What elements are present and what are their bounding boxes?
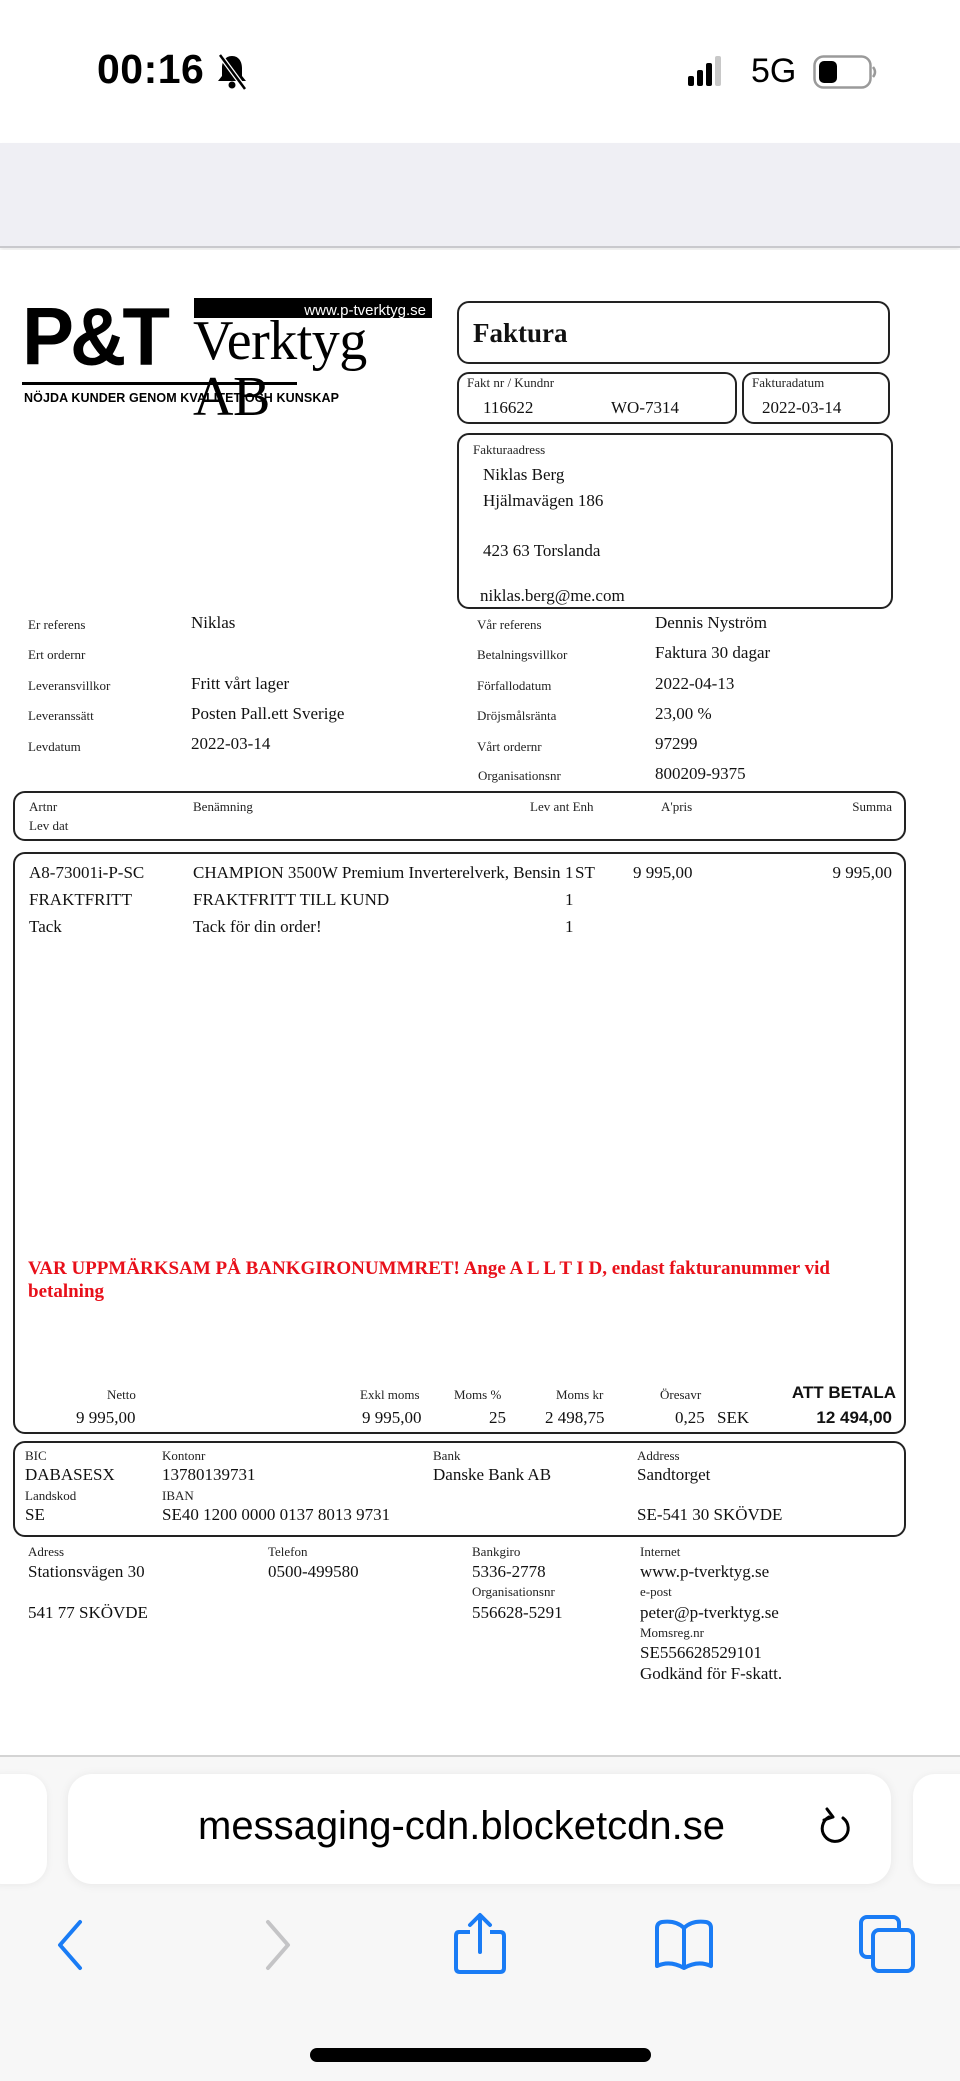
row-benamning: CHAMPION 3500W Premium Inverterelverk, B… <box>193 863 561 883</box>
previous-tab-peek[interactable] <box>0 1774 47 1884</box>
adress-line1: Stationsvägen 30 <box>28 1562 145 1582</box>
field-label: Ert ordernr <box>28 647 85 663</box>
oresavr-value: 0,25 <box>675 1408 705 1428</box>
iban-label: IBAN <box>162 1488 194 1504</box>
bankgiro-value: 5336-2778 <box>472 1562 546 1582</box>
bell-slash-icon <box>214 52 250 92</box>
field-label: Vår referens <box>477 617 542 633</box>
bic-label: BIC <box>25 1448 47 1464</box>
field-value: Fritt vårt lager <box>191 674 289 694</box>
invoice-number: 116622 <box>483 398 533 418</box>
address-bar[interactable]: messaging-cdn.blocketcdn.se <box>68 1774 891 1884</box>
forward-icon[interactable] <box>262 1918 294 1972</box>
company-logo: P&T www.p-tverktyg.se Verktyg AB NÖJDA K… <box>22 295 434 415</box>
field-label: Förfallodatum <box>477 678 551 694</box>
field-value: 97299 <box>655 734 698 754</box>
bankgiro-label: Bankgiro <box>472 1544 520 1560</box>
fskatt-note: Godkänd för F-skatt. <box>640 1664 782 1684</box>
orgnr-value: 556628-5291 <box>472 1603 563 1623</box>
billing-address-label: Fakturaadress <box>473 442 545 458</box>
invoice-number-box: Fakt nr / Kundnr 116622 WO-7314 <box>457 372 737 424</box>
internet-link[interactable]: www.p-tverktyg.se <box>640 1562 769 1582</box>
home-indicator[interactable] <box>310 2048 651 2062</box>
bank-value: Danske Bank AB <box>433 1465 551 1485</box>
invoice-title: Faktura <box>473 318 568 349</box>
field-value: Dennis Nyström <box>655 613 767 633</box>
field-value: 23,00 % <box>655 704 712 724</box>
browser-top-band <box>0 143 960 248</box>
adress-label: Adress <box>28 1544 64 1560</box>
billing-street: Hjälmavägen 186 <box>483 491 603 511</box>
field-label: Levdatum <box>28 739 81 755</box>
row-antal: 1 <box>565 863 574 883</box>
col-levdat: Lev dat <box>29 818 68 834</box>
field-value: Faktura 30 dagar <box>655 643 770 663</box>
logo-tagline: NÖJDA KUNDER GENOM KVALITET OCH KUNSKAP <box>24 391 339 405</box>
currency: SEK <box>717 1408 749 1428</box>
field-label: Er referens <box>28 617 85 633</box>
iban-value: SE40 1200 0000 0137 8013 9731 <box>162 1505 390 1525</box>
items-body-box: A8-73001i-P-SC CHAMPION 3500W Premium In… <box>13 852 906 1434</box>
att-betala-value: 12 494,00 <box>816 1408 892 1428</box>
field-value: 2022-03-14 <box>191 734 270 754</box>
logo-name: Verktyg AB <box>193 313 434 425</box>
invoice-number-label: Fakt nr / Kundnr <box>467 375 554 391</box>
bank-address-line1: Sandtorget <box>637 1465 710 1485</box>
field-label: Betalningsvillkor <box>477 647 567 663</box>
moms-pct-value: 25 <box>489 1408 506 1428</box>
att-betala-label: ATT BETALA <box>792 1383 896 1403</box>
bank-label: Bank <box>433 1448 460 1464</box>
share-icon[interactable] <box>453 1912 507 1974</box>
epost-link[interactable]: peter@p-tverktyg.se <box>640 1603 779 1623</box>
url-text[interactable]: messaging-cdn.blocketcdn.se <box>198 1804 725 1849</box>
bankgiro-warning: VAR UPPMÄRKSAM PÅ BANKGIRONUMMRET! Ange … <box>28 1257 830 1303</box>
landskod-value: SE <box>25 1505 45 1525</box>
billing-email[interactable]: niklas.berg@me.com <box>480 586 625 606</box>
row-artnr: FRAKTFRITT <box>29 890 132 910</box>
status-bar: 00:16 5G <box>0 0 960 143</box>
moms-pct-label: Moms % <box>454 1387 501 1403</box>
field-value: 800209-9375 <box>655 764 746 784</box>
row-artnr: A8-73001i-P-SC <box>29 863 144 883</box>
field-value: Posten Pall.ett Sverige <box>191 704 344 724</box>
next-tab-peek[interactable] <box>913 1774 960 1884</box>
row-summa: 9 995,00 <box>833 863 893 883</box>
telefon-value: 0500-499580 <box>268 1562 359 1582</box>
row-antal: 1 <box>565 890 574 910</box>
bank-details-box: BIC DABASESX Kontonr 13780139731 Bank Da… <box>13 1441 906 1537</box>
status-time: 00:16 <box>97 46 204 93</box>
invoice-date-box: Fakturadatum 2022-03-14 <box>742 372 890 424</box>
field-label: Dröjsmålsränta <box>477 708 556 724</box>
bank-address-line2: SE-541 30 SKÖVDE <box>637 1505 782 1525</box>
field-label: Vårt ordernr <box>477 739 542 755</box>
logo-divider <box>22 382 297 385</box>
field-label: Organisationsnr <box>478 768 561 784</box>
billing-name: Niklas Berg <box>483 465 564 485</box>
telefon-label: Telefon <box>268 1544 308 1560</box>
col-benamning: Benämning <box>193 799 253 815</box>
col-apris: A'pris <box>661 799 692 815</box>
netto-label: Netto <box>107 1387 136 1403</box>
bookmarks-icon[interactable] <box>654 1918 714 1970</box>
momsreg-value: SE556628529101 <box>640 1643 762 1663</box>
row-enh: ST <box>575 863 595 883</box>
logo-brand: P&T <box>22 295 166 377</box>
row-benamning: Tack för din order! <box>193 917 322 937</box>
col-levant: Lev ant Enh <box>530 799 594 815</box>
moms-kr-value: 2 498,75 <box>545 1408 605 1428</box>
row-benamning: FRAKTFRITT TILL KUND <box>193 890 389 910</box>
field-value: Niklas <box>191 613 235 633</box>
back-icon[interactable] <box>54 1918 86 1972</box>
exkl-moms-label: Exkl moms <box>360 1387 420 1403</box>
epost-label: e-post <box>640 1584 672 1600</box>
warning-line-2: betalning <box>28 1280 830 1303</box>
col-summa: Summa <box>852 799 892 815</box>
warning-line-1: VAR UPPMÄRKSAM PÅ BANKGIRONUMMRET! Ange … <box>28 1257 830 1280</box>
col-artnr: Artnr <box>29 799 57 815</box>
orgnr-label: Organisationsnr <box>472 1584 555 1600</box>
moms-kr-label: Moms kr <box>556 1387 603 1403</box>
cellular-signal-icon <box>688 56 724 86</box>
field-label: Leveransvillkor <box>28 678 110 694</box>
bic-value: DABASESX <box>25 1465 115 1485</box>
items-header-box: Artnr Lev dat Benämning Lev ant Enh A'pr… <box>13 791 906 841</box>
battery-icon <box>813 55 879 89</box>
netto-value: 9 995,00 <box>76 1408 136 1428</box>
billing-city: 423 63 Torslanda <box>483 541 600 561</box>
landskod-label: Landskod <box>25 1488 76 1504</box>
invoice-date-label: Fakturadatum <box>752 375 824 391</box>
row-apris: 9 995,00 <box>633 863 693 883</box>
customer-number: WO-7314 <box>611 398 679 418</box>
field-value: 2022-04-13 <box>655 674 734 694</box>
invoice-date: 2022-03-14 <box>762 398 841 418</box>
field-label: Leveranssätt <box>28 708 94 724</box>
kontonr-value: 13780139731 <box>162 1465 256 1485</box>
invoice-title-box: Faktura <box>457 301 890 364</box>
momsreg-label: Momsreg.nr <box>640 1625 704 1641</box>
reload-icon[interactable] <box>813 1804 859 1854</box>
row-antal: 1 <box>565 917 574 937</box>
tabs-icon[interactable] <box>858 1914 916 1974</box>
billing-address-box: Fakturaadress Niklas Berg Hjälmavägen 18… <box>457 433 893 609</box>
adress-line2: 541 77 SKÖVDE <box>28 1603 148 1623</box>
network-type: 5G <box>751 52 796 91</box>
internet-label: Internet <box>640 1544 680 1560</box>
bank-address-label: Address <box>637 1448 680 1464</box>
row-artnr: Tack <box>29 917 62 937</box>
kontonr-label: Kontonr <box>162 1448 205 1464</box>
exkl-moms-value: 9 995,00 <box>362 1408 422 1428</box>
oresavr-label: Öresavr <box>660 1387 701 1403</box>
